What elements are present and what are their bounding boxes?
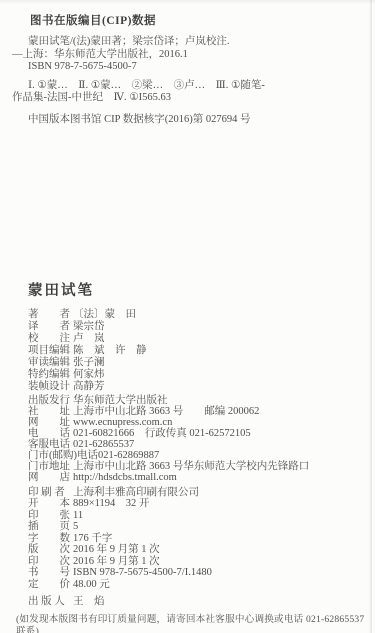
cip-description-line: 蒙田试笔/(法)蒙田著；梁宗岱译；卢岚校注. bbox=[28, 36, 375, 49]
credit-row-designer: 装帧设计高静芳 bbox=[28, 381, 375, 393]
info-row-sheets: 印 张11 bbox=[28, 510, 375, 522]
info-label: 电 话 bbox=[28, 428, 73, 439]
info-row-website: 网 址www.ecnupress.com.cn bbox=[28, 417, 375, 428]
credit-row-review-editor: 审读编辑张子澜 bbox=[28, 357, 375, 369]
credit-label: 审读编辑 bbox=[28, 357, 73, 369]
info-label: 门市(邮购)电话 bbox=[28, 450, 98, 461]
copyright-page: 图书在版编目(CIP)数据 蒙田试笔/(法)蒙田著；梁宗岱译；卢岚校注. —上海… bbox=[0, 0, 375, 633]
credit-label: 特约编辑 bbox=[28, 369, 73, 381]
info-row-format: 开 本889×1194 32 开 bbox=[28, 498, 375, 510]
printing-info-list: 印 刷 者上海利丰雅高印刷有限公司 开 本889×1194 32 开 印 张11… bbox=[28, 487, 375, 591]
cip-classification-line: 作品集-法国-中世纪 Ⅳ. ①I565.63 bbox=[12, 92, 375, 105]
info-row-service-phone: 客服电话021-62865537 bbox=[28, 439, 375, 450]
info-row-store-phone: 门市(邮购)电话021-62869887 bbox=[28, 450, 375, 461]
book-title: 蒙田试笔 bbox=[28, 279, 375, 300]
info-value: http://hdsdcbs.tmall.com bbox=[73, 472, 177, 483]
credit-label: 装帧设计 bbox=[28, 381, 73, 393]
credit-label: 著 者 bbox=[28, 309, 73, 321]
cip-record-number: 中国版本图书馆 CIP 数据核字(2016)第 027694 号 bbox=[28, 113, 375, 126]
info-label: 门市地址 bbox=[28, 461, 73, 472]
info-label: 出版发行 bbox=[28, 395, 73, 406]
publisher-person-row: 出 版 人王 焰 bbox=[28, 596, 375, 608]
cip-classification-line: Ⅰ. ①蒙… Ⅱ. ①蒙… ②梁… ③卢… Ⅲ. ①随笔- bbox=[28, 80, 375, 93]
quality-note: (如发现本版图书有印订质量问题，请寄回本社客服中心调换或电话 021-62865… bbox=[16, 614, 367, 633]
info-row-word-count: 字 数176 千字 bbox=[28, 533, 375, 545]
credit-value: 〔法〕蒙 田 bbox=[73, 309, 136, 320]
info-row-printer: 印 刷 者上海利丰雅高印刷有限公司 bbox=[28, 487, 375, 499]
cip-isbn-line: ISBN 978-7-5675-4500-7 bbox=[28, 61, 375, 74]
credit-label: 项目编辑 bbox=[28, 345, 73, 357]
credit-value: 张子澜 bbox=[73, 357, 105, 368]
credit-value: 高静芳 bbox=[73, 381, 105, 392]
info-label: 印 张 bbox=[28, 510, 73, 522]
credit-row-contributing-editor: 特约编辑何家炜 bbox=[28, 369, 375, 381]
info-row-inserts: 插 页5 bbox=[28, 521, 375, 533]
cip-description: 蒙田试笔/(法)蒙田著；梁宗岱译；卢岚校注. —上海：华东师范大学出版社，201… bbox=[12, 36, 375, 74]
credit-row-translator: 译 者梁宗岱 bbox=[28, 321, 375, 333]
info-label: 书 号 bbox=[28, 567, 73, 579]
credit-row-author: 著 者〔法〕蒙 田 bbox=[28, 309, 375, 321]
info-row-price: 定 价48.00 元 bbox=[28, 579, 375, 591]
info-row-phone: 电 话021-60821666 行政传真 021-62572105 bbox=[28, 428, 375, 439]
info-value: www.ecnupress.com.cn bbox=[73, 417, 172, 428]
info-value: 11 bbox=[73, 510, 83, 521]
info-value: 上海市中山北路 3663 号 邮编 200062 bbox=[73, 406, 259, 417]
publisher-info-list: 出版发行华东师范大学出版社 社 址上海市中山北路 3663 号 邮编 20006… bbox=[28, 395, 375, 483]
info-label: 客服电话 bbox=[28, 439, 73, 450]
info-row-edition: 版 次2016 年 9 月第 1 次 bbox=[28, 544, 375, 556]
info-label: 社 址 bbox=[28, 406, 73, 417]
cip-description-line: —上海：华东师范大学出版社，2016.1 bbox=[12, 49, 375, 62]
info-row-impression: 印 次2016 年 9 月第 1 次 bbox=[28, 556, 375, 568]
info-value: 2016 年 9 月第 1 次 bbox=[73, 556, 160, 567]
info-label: 插 页 bbox=[28, 521, 73, 533]
info-label: 字 数 bbox=[28, 533, 73, 545]
credit-label: 校 注 bbox=[28, 333, 73, 345]
info-label: 印 刷 者 bbox=[28, 487, 73, 499]
info-value: 889×1194 32 开 bbox=[73, 498, 149, 509]
info-label: 出 版 人 bbox=[28, 596, 73, 608]
info-row-publisher: 出版发行华东师范大学出版社 bbox=[28, 395, 375, 406]
credit-value: 陈 斌 许 静 bbox=[73, 345, 147, 356]
credit-value: 梁宗岱 bbox=[73, 321, 105, 332]
info-value: 上海市中山北路 3663 号华东师范大学校内先锋路口 bbox=[73, 461, 309, 472]
credits-list: 著 者〔法〕蒙 田 译 者梁宗岱 校 注卢 岚 项目编辑陈 斌 许 静 审读编辑… bbox=[28, 309, 375, 393]
credit-row-annotator: 校 注卢 岚 bbox=[28, 333, 375, 345]
info-row-book-number: 书 号ISBN 978-7-5675-4500-7/I.1480 bbox=[28, 567, 375, 579]
info-value: ISBN 978-7-5675-4500-7/I.1480 bbox=[73, 567, 212, 578]
info-row-online-store: 网 店http://hdsdcbs.tmall.com bbox=[28, 472, 375, 483]
info-label: 印 次 bbox=[28, 556, 73, 568]
info-value: 上海利丰雅高印刷有限公司 bbox=[73, 487, 199, 498]
cip-classification: Ⅰ. ①蒙… Ⅱ. ①蒙… ②梁… ③卢… Ⅲ. ①随笔- 作品集-法国-中世纪… bbox=[12, 80, 375, 105]
info-value: 021-62865537 bbox=[73, 439, 134, 450]
credit-row-project-editor: 项目编辑陈 斌 许 静 bbox=[28, 345, 375, 357]
credit-value: 何家炜 bbox=[73, 369, 105, 380]
info-value: 华东师范大学出版社 bbox=[73, 395, 168, 406]
credit-value: 卢 岚 bbox=[73, 333, 105, 344]
info-value: 176 千字 bbox=[73, 533, 112, 544]
info-label: 定 价 bbox=[28, 579, 73, 591]
info-label: 网 址 bbox=[28, 417, 73, 428]
info-value: 021-62869887 bbox=[98, 450, 159, 461]
info-label: 开 本 bbox=[28, 498, 73, 510]
info-value: 021-60821666 行政传真 021-62572105 bbox=[73, 428, 251, 439]
info-row-store-address: 门市地址上海市中山北路 3663 号华东师范大学校内先锋路口 bbox=[28, 461, 375, 472]
info-row-address: 社 址上海市中山北路 3663 号 邮编 200062 bbox=[28, 406, 375, 417]
credit-label: 译 者 bbox=[28, 321, 73, 333]
info-label: 网 店 bbox=[28, 472, 73, 483]
cip-heading: 图书在版编目(CIP)数据 bbox=[30, 0, 375, 28]
info-label: 版 次 bbox=[28, 544, 73, 556]
info-value: 5 bbox=[73, 521, 78, 532]
info-value: 2016 年 9 月第 1 次 bbox=[73, 544, 160, 555]
info-value: 王 焰 bbox=[73, 596, 105, 607]
info-value: 48.00 元 bbox=[73, 579, 110, 590]
